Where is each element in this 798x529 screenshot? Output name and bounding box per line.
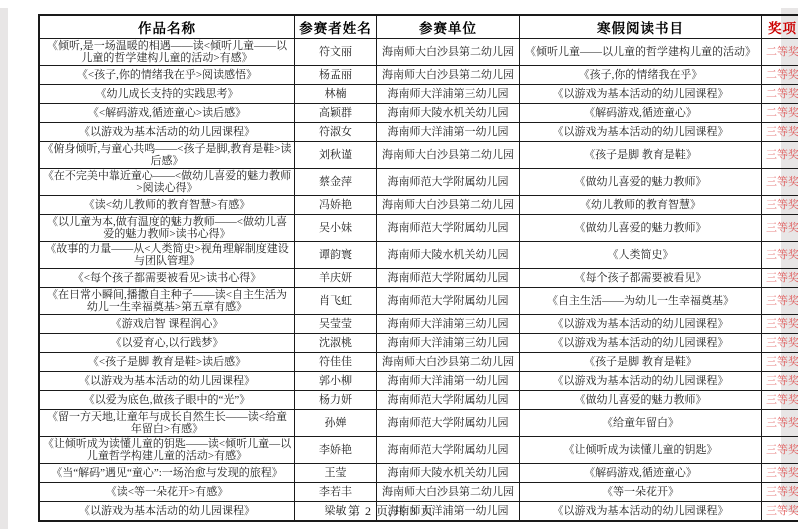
book-cell: 《以游戏为基本活动的幼儿园课程》 [520, 315, 762, 334]
participant-name-cell: 杨力妍 [295, 391, 377, 410]
work-title-cell: 《故事的力量——从<人类简史>视角理解制度建设与团队管理》 [39, 242, 295, 269]
award-cell: 三等奖 [762, 215, 798, 242]
unit-cell: 海南师大白沙县第二幼儿园 [377, 353, 520, 372]
participant-name-cell: 冯娇艳 [295, 196, 377, 215]
work-title-cell: 《倾听,是一场温暖的相遇——读<倾听儿童——以儿童的哲学建构儿童的活动>有感》 [39, 39, 295, 66]
col-header-unit: 参赛单位 [377, 15, 520, 39]
award-cell: 三等奖 [762, 123, 798, 142]
awards-table-body: 《倾听,是一场温暖的相遇——读<倾听儿童——以儿童的哲学建构儿童的活动>有感》符… [39, 39, 798, 522]
work-title-cell: 《以游戏为基本活动的幼儿园课程》 [39, 123, 295, 142]
award-cell: 三等奖 [762, 483, 798, 502]
book-cell: 《给童年留白》 [520, 410, 762, 437]
award-cell: 三等奖 [762, 142, 798, 169]
table-row: 《<每个孩子都需要被看见>读书心得》羊庆妍海南师范大学附属幼儿园《每个孩子都需要… [39, 269, 798, 288]
col-header-work-title: 作品名称 [39, 15, 295, 39]
book-cell: 《以游戏为基本活动的幼儿园课程》 [520, 85, 762, 104]
award-cell: 三等奖 [762, 196, 798, 215]
award-cell: 二等奖 [762, 104, 798, 123]
participant-name-cell: 吴莹莹 [295, 315, 377, 334]
unit-cell: 海南师大洋浦第一幼儿园 [377, 123, 520, 142]
book-cell: 《做幼儿喜爱的魅力教师》 [520, 391, 762, 410]
unit-cell: 海南师大洋浦第三幼儿园 [377, 85, 520, 104]
unit-cell: 海南师范大学附属幼儿园 [377, 269, 520, 288]
participant-name-cell: 羊庆妍 [295, 269, 377, 288]
table-row: 《留一方天地,让童年与成长自然生长——读<给童年留白>有感》孙婵海南师范大学附属… [39, 410, 798, 437]
award-cell: 二等奖 [762, 85, 798, 104]
participant-name-cell: 吴小妹 [295, 215, 377, 242]
unit-cell: 海南师大洋浦第三幼儿园 [377, 334, 520, 353]
table-row: 《幼儿成长支持的实践思考》林楠海南师大洋浦第三幼儿园《以游戏为基本活动的幼儿园课… [39, 85, 798, 104]
book-cell: 《孩子是脚 教育是鞋》 [520, 353, 762, 372]
participant-name-cell: 王莹 [295, 464, 377, 483]
work-title-cell: 《读<幼儿教师的教育智慧>有感》 [39, 196, 295, 215]
table-row: 《以游戏为基本活动的幼儿园课程》符淑女海南师大洋浦第一幼儿园《以游戏为基本活动的… [39, 123, 798, 142]
awards-table: 作品名称 参赛者姓名 参赛单位 寒假阅读书目 奖项 《倾听,是一场温暖的相遇——… [38, 14, 798, 522]
work-title-cell: 《留一方天地,让童年与成长自然生长——读<给童年留白>有感》 [39, 410, 295, 437]
book-cell: 《以游戏为基本活动的幼儿园课程》 [520, 123, 762, 142]
unit-cell: 海南师大陵水机关幼儿园 [377, 242, 520, 269]
header-row: 作品名称 参赛者姓名 参赛单位 寒假阅读书目 奖项 [39, 15, 798, 39]
table-row: 《读<等一朵花开>有感》李若丰海南师大白沙县第二幼儿园《等一朵花开》三等奖 [39, 483, 798, 502]
book-cell: 《解码游戏,循迹童心》 [520, 464, 762, 483]
award-cell: 三等奖 [762, 372, 798, 391]
table-row: 《以儿童为本,做有温度的魅力教师——<做幼儿喜爱的魅力教师>读书心得》吴小妹海南… [39, 215, 798, 242]
participant-name-cell: 蔡金萍 [295, 169, 377, 196]
award-cell: 三等奖 [762, 169, 798, 196]
unit-cell: 海南师大白沙县第二幼儿园 [377, 39, 520, 66]
work-title-cell: 《<解码游戏,循迹童心>读后感》 [39, 104, 295, 123]
book-cell: 《自主生活——为幼儿一生幸福奠基》 [520, 288, 762, 315]
col-header-participant: 参赛者姓名 [295, 15, 377, 39]
unit-cell: 海南师范大学附属幼儿园 [377, 215, 520, 242]
table-row: 《故事的力量——从<人类简史>视角理解制度建设与团队管理》谭韵寰海南师大陵水机关… [39, 242, 798, 269]
award-cell: 三等奖 [762, 288, 798, 315]
table-row: 《以游戏为基本活动的幼儿园课程》郭小柳海南师大洋浦第一幼儿园《以游戏为基本活动的… [39, 372, 798, 391]
table-row: 《读<幼儿教师的教育智慧>有感》冯娇艳海南师大白沙县第二幼儿园《幼儿教师的教育智… [39, 196, 798, 215]
col-header-award: 奖项 [762, 15, 798, 39]
book-cell: 《孩子,你的情绪我在乎》 [520, 66, 762, 85]
unit-cell: 海南师范大学附属幼儿园 [377, 410, 520, 437]
participant-name-cell: 谭韵寰 [295, 242, 377, 269]
unit-cell: 海南师大陵水机关幼儿园 [377, 104, 520, 123]
table-row: 《<孩子,你的情绪我在乎>阅读感悟》杨孟丽海南师大白沙县第二幼儿园《孩子,你的情… [39, 66, 798, 85]
book-cell: 《让倾听成为读懂儿童的钥匙》 [520, 437, 762, 464]
work-title-cell: 《游戏启智 课程润心》 [39, 315, 295, 334]
unit-cell: 海南师大白沙县第二幼儿园 [377, 66, 520, 85]
work-title-cell: 《以儿童为本,做有温度的魅力教师——<做幼儿喜爱的魅力教师>读书心得》 [39, 215, 295, 242]
table-row: 《俯身倾听,与童心共鸣——<孩子是脚,教育是鞋>读后感》刘秋谨海南师大白沙县第二… [39, 142, 798, 169]
table-row: 《让倾听成为读懂儿童的钥匙——读<倾听儿童—以儿童哲学构建儿童的活动>有感》李娇… [39, 437, 798, 464]
participant-name-cell: 李若丰 [295, 483, 377, 502]
unit-cell: 海南师范大学附属幼儿园 [377, 437, 520, 464]
work-title-cell: 《当“解码”遇见“童心”:一场治愈与发现的旅程》 [39, 464, 295, 483]
unit-cell: 海南师大白沙县第二幼儿园 [377, 142, 520, 169]
award-cell: 三等奖 [762, 437, 798, 464]
unit-cell: 海南师大洋浦第三幼儿园 [377, 315, 520, 334]
award-cell: 三等奖 [762, 464, 798, 483]
participant-name-cell: 符淑女 [295, 123, 377, 142]
work-title-cell: 《以爱为底色,做孩子眼中的“光”》 [39, 391, 295, 410]
table-row: 《以爱为底色,做孩子眼中的“光”》杨力妍海南师范大学附属幼儿园《做幼儿喜爱的魅力… [39, 391, 798, 410]
unit-cell: 海南师大陵水机关幼儿园 [377, 464, 520, 483]
participant-name-cell: 刘秋谨 [295, 142, 377, 169]
book-cell: 《等一朵花开》 [520, 483, 762, 502]
book-cell: 《以游戏为基本活动的幼儿园课程》 [520, 334, 762, 353]
work-title-cell: 《俯身倾听,与童心共鸣——<孩子是脚,教育是鞋>读后感》 [39, 142, 295, 169]
table-row: 《在不完美中靠近童心——<做幼儿喜爱的魅力教师>阅读心得》蔡金萍海南师范大学附属… [39, 169, 798, 196]
table-row: 《在日常小瞬间,播撒自主种子——读<自主生活为幼儿一生幸福奠基>第五章有感》肖飞… [39, 288, 798, 315]
work-title-cell: 《以游戏为基本活动的幼儿园课程》 [39, 372, 295, 391]
work-title-cell: 《幼儿成长支持的实践思考》 [39, 85, 295, 104]
unit-cell: 海南师大洋浦第一幼儿园 [377, 372, 520, 391]
participant-name-cell: 沈淑桃 [295, 334, 377, 353]
unit-cell: 海南师范大学附属幼儿园 [377, 169, 520, 196]
award-cell: 三等奖 [762, 410, 798, 437]
work-title-cell: 《以爱育心,以行践梦》 [39, 334, 295, 353]
participant-name-cell: 李娇艳 [295, 437, 377, 464]
work-title-cell: 《在不完美中靠近童心——<做幼儿喜爱的魅力教师>阅读心得》 [39, 169, 295, 196]
participant-name-cell: 符文丽 [295, 39, 377, 66]
book-cell: 《人类简史》 [520, 242, 762, 269]
award-cell: 三等奖 [762, 391, 798, 410]
work-title-cell: 《<每个孩子都需要被看见>读书心得》 [39, 269, 295, 288]
unit-cell: 海南师范大学附属幼儿园 [377, 288, 520, 315]
unit-cell: 海南师范大学附属幼儿园 [377, 391, 520, 410]
award-cell: 二等奖 [762, 39, 798, 66]
table-row: 《当“解码”遇见“童心”:一场治愈与发现的旅程》王莹海南师大陵水机关幼儿园《解码… [39, 464, 798, 483]
award-cell: 三等奖 [762, 353, 798, 372]
award-cell: 二等奖 [762, 66, 798, 85]
unit-cell: 海南师大白沙县第二幼儿园 [377, 483, 520, 502]
participant-name-cell: 郭小柳 [295, 372, 377, 391]
book-cell: 《做幼儿喜爱的魅力教师》 [520, 169, 762, 196]
participant-name-cell: 林楠 [295, 85, 377, 104]
book-cell: 《以游戏为基本活动的幼儿园课程》 [520, 372, 762, 391]
book-cell: 《每个孩子都需要被看见》 [520, 269, 762, 288]
work-title-cell: 《<孩子是脚 教育是鞋>读后感》 [39, 353, 295, 372]
table-row: 《<解码游戏,循迹童心>读后感》高颖群海南师大陵水机关幼儿园《解码游戏,循迹童心… [39, 104, 798, 123]
table-row: 《倾听,是一场温暖的相遇——读<倾听儿童——以儿童的哲学建构儿童的活动>有感》符… [39, 39, 798, 66]
book-cell: 《倾听儿童——以儿童的哲学建构儿童的活动》 [520, 39, 762, 66]
participant-name-cell: 肖飞虹 [295, 288, 377, 315]
award-cell: 三等奖 [762, 269, 798, 288]
page-edge-left [0, 8, 8, 529]
col-header-reading-list: 寒假阅读书目 [520, 15, 762, 39]
table-row: 《<孩子是脚 教育是鞋>读后感》符佳佳海南师大白沙县第二幼儿园《孩子是脚 教育是… [39, 353, 798, 372]
award-cell: 三等奖 [762, 334, 798, 353]
unit-cell: 海南师大白沙县第二幼儿园 [377, 196, 520, 215]
award-cell: 三等奖 [762, 242, 798, 269]
table-row: 《游戏启智 课程润心》吴莹莹海南师大洋浦第三幼儿园《以游戏为基本活动的幼儿园课程… [39, 315, 798, 334]
table-header: 作品名称 参赛者姓名 参赛单位 寒假阅读书目 奖项 [39, 15, 798, 39]
participant-name-cell: 高颖群 [295, 104, 377, 123]
book-cell: 《解码游戏,循迹童心》 [520, 104, 762, 123]
book-cell: 《幼儿教师的教育智慧》 [520, 196, 762, 215]
work-title-cell: 《读<等一朵花开>有感》 [39, 483, 295, 502]
page-number: 第 2 页,共 3 页 [0, 502, 782, 519]
participant-name-cell: 杨孟丽 [295, 66, 377, 85]
participant-name-cell: 孙婵 [295, 410, 377, 437]
work-title-cell: 《让倾听成为读懂儿童的钥匙——读<倾听儿童—以儿童哲学构建儿童的活动>有感》 [39, 437, 295, 464]
award-cell: 三等奖 [762, 315, 798, 334]
work-title-cell: 《在日常小瞬间,播撒自主种子——读<自主生活为幼儿一生幸福奠基>第五章有感》 [39, 288, 295, 315]
work-title-cell: 《<孩子,你的情绪我在乎>阅读感悟》 [39, 66, 295, 85]
book-cell: 《做幼儿喜爱的魅力教师》 [520, 215, 762, 242]
participant-name-cell: 符佳佳 [295, 353, 377, 372]
table-row: 《以爱育心,以行践梦》沈淑桃海南师大洋浦第三幼儿园《以游戏为基本活动的幼儿园课程… [39, 334, 798, 353]
book-cell: 《孩子是脚 教育是鞋》 [520, 142, 762, 169]
